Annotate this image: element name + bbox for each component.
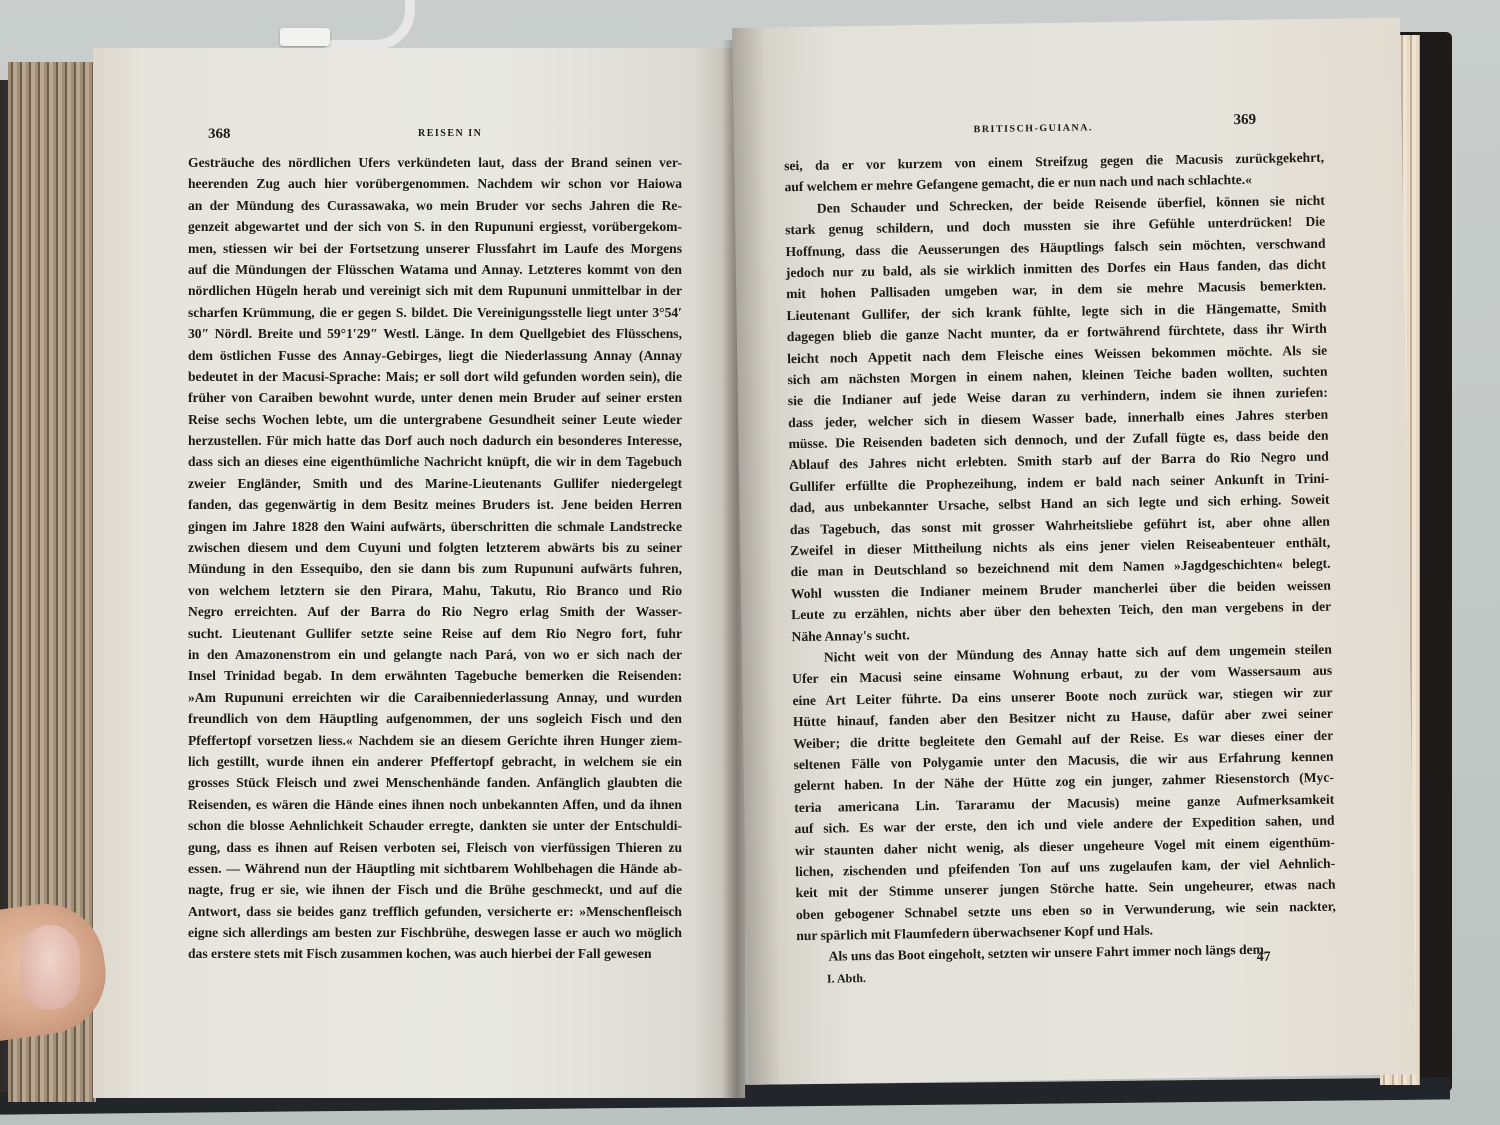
usb-plug: [280, 28, 330, 46]
text-line: nagte, frug er sie, wie ihnen der Fisch …: [188, 879, 682, 900]
text-line: in den Amazonenstrom ein und gelangte na…: [188, 644, 682, 665]
text-line: herzustellen. Für mich hatte das Dorf au…: [188, 430, 682, 451]
text-line: fanden, das gegenwärtig in dem Besitz me…: [188, 494, 682, 515]
text-line: »Am Rupununi erreichten wir die Caraiben…: [188, 687, 682, 708]
text-line: genzeit abgewartet und der sich von S. i…: [188, 216, 682, 237]
footer-signature: I. Abth.: [827, 971, 866, 987]
text-line: Mündung in den Essequibo, den sie dann b…: [188, 558, 682, 579]
text-line: Reisenden, es wären die Hände eines ihne…: [188, 794, 682, 815]
footer-sheet-number: 47: [1257, 950, 1271, 966]
right-page: BRITISCH-GUIANA. 369 sei, da er vor kurz…: [732, 18, 1417, 1085]
text-line: heerenden Zug auch hier vorübergenommen.…: [188, 173, 682, 194]
text-line: Antwort, dass sie beides ganz trefflich …: [188, 901, 682, 922]
text-line: eigne sich allerdings am besten zur Fisc…: [188, 922, 682, 943]
text-line: auf die Mündungen der Flüsschen Watama u…: [188, 259, 682, 280]
text-line: Gesträuche des nördlichen Ufers verkünde…: [188, 152, 682, 173]
text-line: gung, dass es ihnen auf Reisen verboten …: [188, 837, 682, 858]
text-line: zweier Engländer, Smith und des Marine-L…: [188, 473, 682, 494]
text-line: bedeutet in der Macusi-Sprache: Mais; er…: [188, 366, 682, 387]
page-number-left: 368: [208, 126, 231, 143]
text-line: dem östlichen Fusse des Annay-Gebirges, …: [188, 345, 682, 366]
text-line: sucht. Lieutenant Gullifer setzte seine …: [188, 623, 682, 644]
text-line: nördlichen Hügeln herab und vereinigt si…: [188, 280, 682, 301]
thumbnail-nail: [20, 925, 80, 1010]
text-line: grosses Stück Fleisch und zwei Menschenh…: [188, 772, 682, 793]
left-page: 368 REISEN IN Gesträuche des nördlichen …: [93, 48, 745, 1098]
text-line: Reise sechs Wochen lebte, um die untergr…: [188, 409, 682, 430]
running-title-right: BRITISCH-GUIANA.: [974, 122, 1093, 135]
right-body-text: sei, da er vor kurzem von einem Streifzu…: [784, 147, 1337, 968]
text-line: von welchem letztern sie den Pirara, Mah…: [188, 580, 682, 601]
text-line: schon die blosse Aehnlichkeit Schauder e…: [188, 815, 682, 836]
text-line: gingen im Jahre 1828 den Waini aufwärts,…: [188, 516, 682, 537]
text-line: 30″ Nördl. Breite und 59°1′29″ Westl. Lä…: [188, 323, 682, 344]
text-line: zwischen diesem und dem Cuyuni und folgt…: [188, 537, 682, 558]
text-line: dass sich an dieses eine eigenthümliche …: [188, 451, 682, 472]
text-line: Negro erreichten. Auf der Barra do Rio N…: [188, 601, 682, 622]
text-line: essen. — Während nun der Häuptling mit s…: [188, 858, 682, 879]
text-line: lich gestillt, wurde ihnen ein anderer P…: [188, 751, 682, 772]
left-body-text: Gesträuche des nördlichen Ufers verkünde…: [188, 152, 682, 965]
running-title-left: REISEN IN: [418, 128, 482, 139]
text-line: Insel Trinidad begab. In dem erwähnten T…: [188, 665, 682, 686]
text-line: Pfeffertopf vorsetzen liess.« Nachdem si…: [188, 730, 682, 751]
text-line: früher von Caraiben bewohnt wurde, unter…: [188, 387, 682, 408]
text-line: freundlich von dem Häuptling aufgenommen…: [188, 708, 682, 729]
text-line: an der Mündung des Curassawaka, wo mein …: [188, 195, 682, 216]
text-line: men, stiessen wir bei der Fortsetzung un…: [188, 238, 682, 259]
page-number-right: 369: [1233, 112, 1256, 129]
text-line: scharfen Krümmung, die er gegen S. bilde…: [188, 302, 682, 323]
text-line: das erstere stets mit Fisch zusammen koc…: [188, 943, 682, 964]
